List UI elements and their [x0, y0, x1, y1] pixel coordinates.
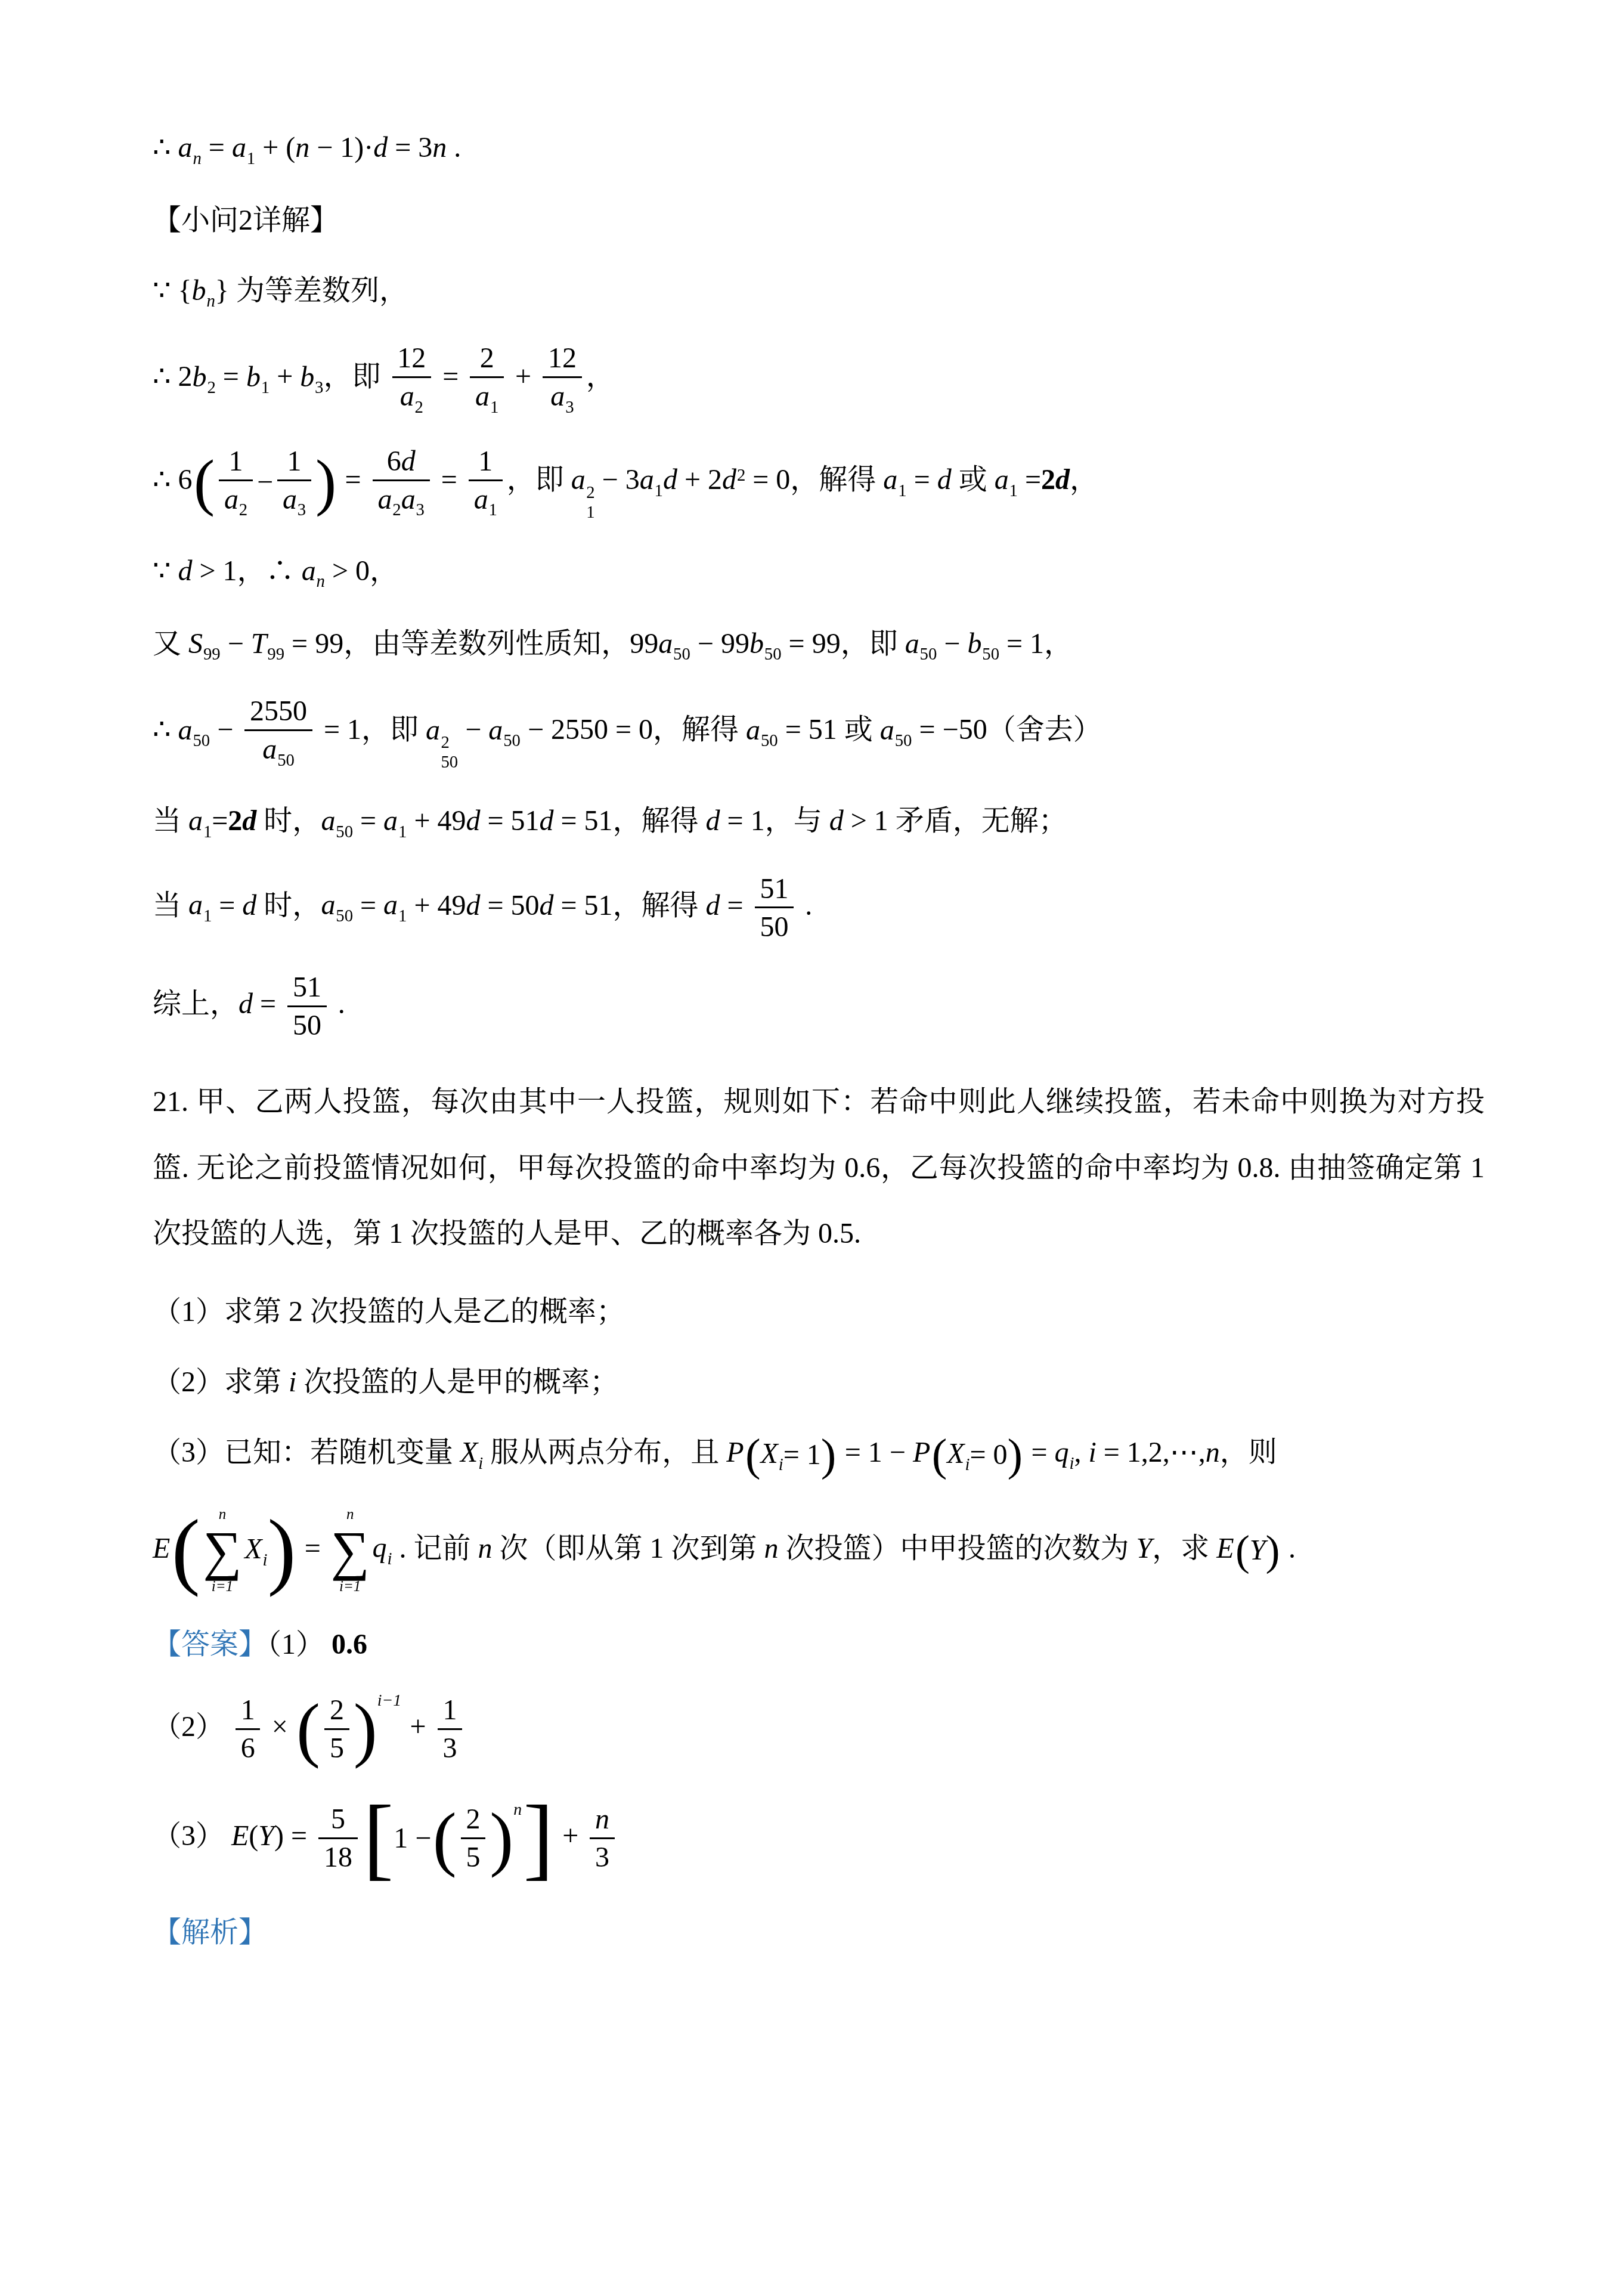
- q2: （2）求第 i 次投篮的人是甲的概率；: [153, 1361, 1485, 1404]
- given-bn: ∵ {bn} 为等差数列，: [153, 270, 1485, 315]
- ineq-d: ∵ d > 1，∴ an > 0，: [153, 550, 1485, 595]
- document-page: ∴ an = a1 + (n − 1)·d = 3n .【小问2详解】∵ {bn…: [0, 0, 1623, 2296]
- answer-header: 【答案】（1） 0.6: [153, 1623, 1485, 1666]
- eq-6d: ∴ 6(1a2 − 1a3) = 6da2a3 = 1a1，即 a21 − 3a…: [153, 445, 1485, 522]
- eq-2b2: ∴ 2b2 = b1 + b3，即 12a2 = 2a1 + 12a3，: [153, 342, 1485, 417]
- conclusion-d: 综上，d = 5150 .: [153, 971, 1485, 1042]
- eq-a50: ∴ a50 − 2550a50 = 1，即 a250 − a50 − 2550 …: [153, 695, 1485, 772]
- eq-s99: 又 S99 − T99 = 99，由等差数列性质知，99a50 − 99b50 …: [153, 623, 1485, 668]
- eq-general-term: ∴ an = a1 + (n − 1)·d = 3n .: [153, 126, 1485, 172]
- case-a1-d: 当 a1 = d 时，a50 = a1 + 49d = 50d = 51，解得 …: [153, 872, 1485, 943]
- answer-3: （3） E(Y) = 518[1 − (25)n] + n3: [153, 1793, 1485, 1885]
- problem-21: 21. 甲、乙两人投篮，每次由其中一人投篮，规则如下：若命中则此人继续投篮，若未…: [153, 1069, 1485, 1267]
- case-a1-2d: 当 a1=2d 时，a50 = a1 + 49d = 51d = 51，解得 d…: [153, 800, 1485, 845]
- eq-expectation: E(n∑i=1Xi) = n∑i=1qi . 记前 n 次（即从第 1 次到第 …: [153, 1506, 1485, 1596]
- q1: （1）求第 2 次投篮的人是乙的概率；: [153, 1291, 1485, 1333]
- analysis-header: 【解析】: [153, 1911, 1485, 1954]
- subq2-header: 【小问2详解】: [153, 199, 1485, 242]
- q3: （3）已知：若随机变量 Xi 服从两点分布，且 P(Xi = 1) = 1 − …: [153, 1431, 1485, 1478]
- answer-2: （2） 16 × (25)i−1 + 13: [153, 1694, 1485, 1765]
